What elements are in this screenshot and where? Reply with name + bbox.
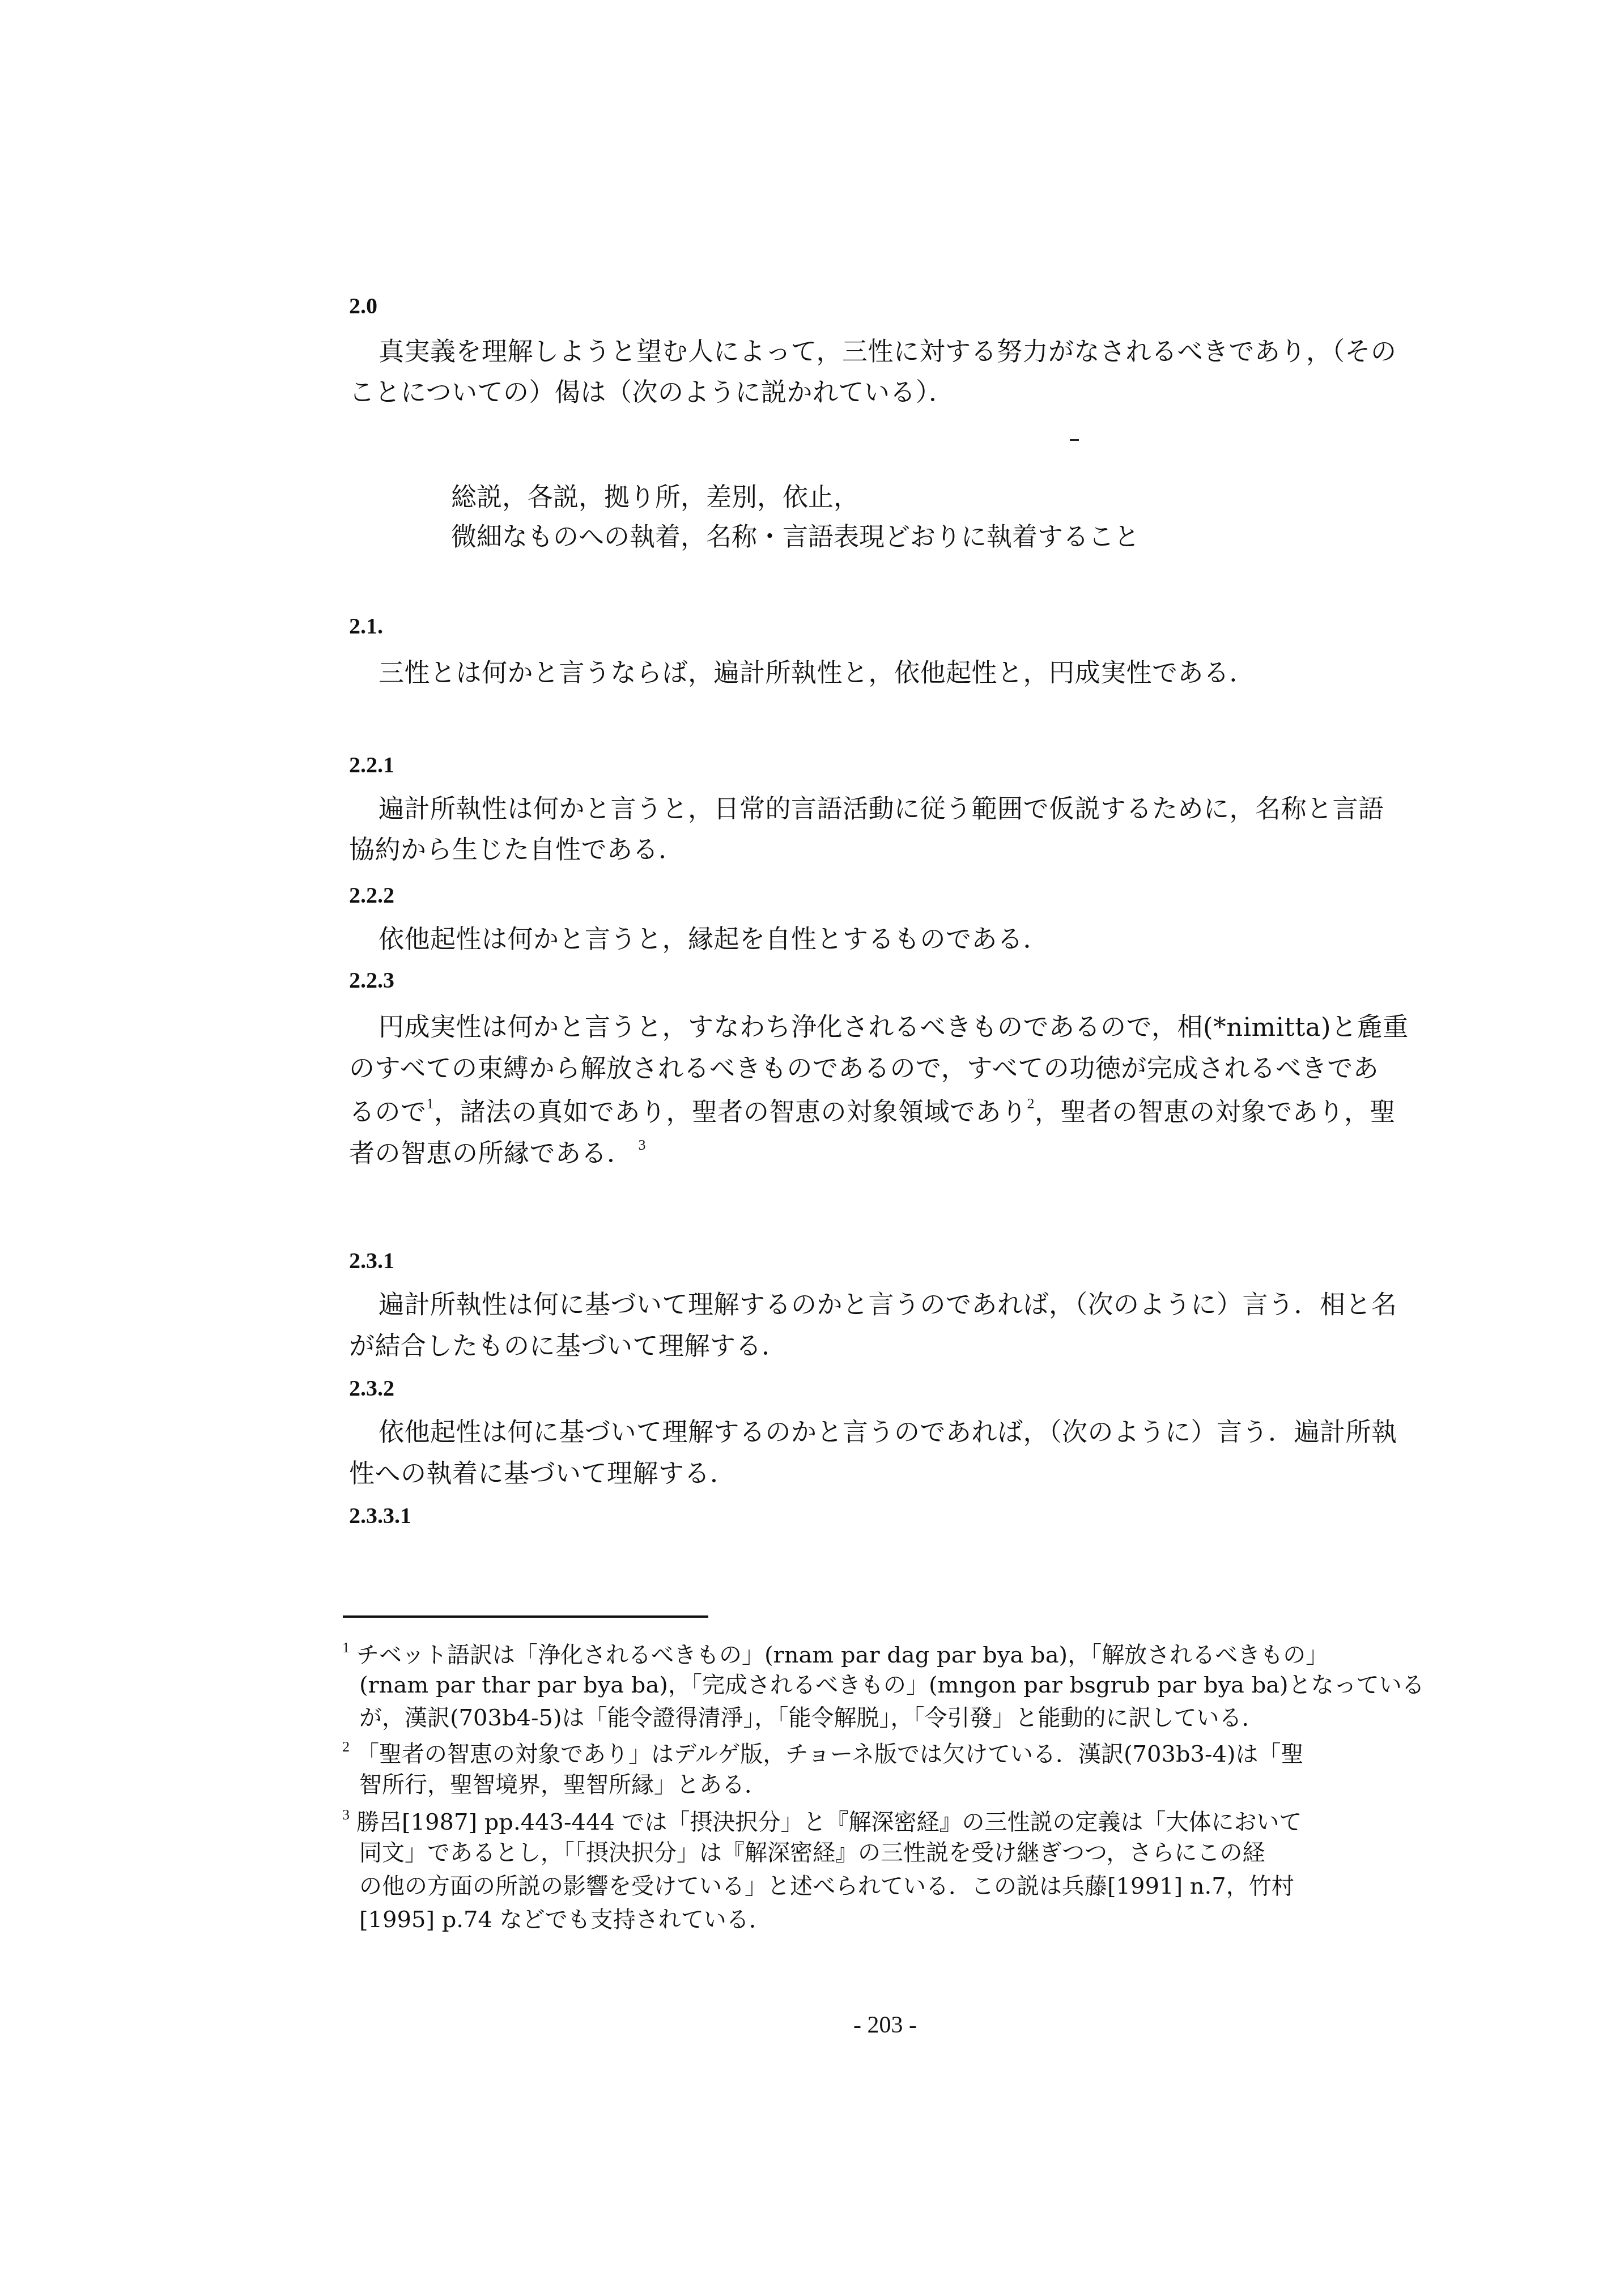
section-heading-2-3-2: 2.3.2 — [349, 1377, 394, 1400]
paragraph-line: 遍計所執性は何かと言うと，日常的言語活動に従う範囲で仮説するために，名称と言語 — [379, 796, 1384, 822]
footnote-text: チベット語訳は「浄化されるべきもの」(rnam par dag par bya … — [356, 1642, 1328, 1668]
footnote-mark: 2 — [342, 1738, 350, 1755]
paragraph-line: 者の智恵の所縁である．3 — [349, 1138, 646, 1166]
footnote-text: 勝呂[1987] pp.443-444 では「摂決択分」と『解深密経』の三性説の… — [356, 1809, 1302, 1835]
footnote-mark: 3 — [342, 1806, 350, 1823]
section-heading-2-2-1: 2.2.1 — [349, 754, 394, 776]
footnote-mark: 1 — [342, 1639, 350, 1656]
stray-dash-mark — [1070, 439, 1079, 441]
footnote-3: 3勝呂[1987] pp.443-444 では「摂決択分」と『解深密経』の三性説… — [342, 1808, 1302, 1834]
footnote-2: 2「聖者の智恵の対象であり」はデルゲ版，チョーネ版では欠けている．漢訳(703b… — [342, 1740, 1304, 1766]
section-heading-2-1: 2.1. — [349, 615, 383, 637]
footnote-separator-rule — [343, 1615, 708, 1618]
paragraph-line: が結合したものに基づいて理解する． — [349, 1333, 788, 1359]
text-run: 者の智恵の所縁である． — [349, 1138, 633, 1168]
paragraph-line: 性への執着に基づいて理解する． — [349, 1461, 736, 1486]
section-heading-2-2-3: 2.2.3 — [349, 969, 394, 992]
section-heading-2-3-1: 2.3.1 — [349, 1249, 394, 1272]
footnote-1: 1チベット語訳は「浄化されるべきもの」(rnam par dag par bya… — [342, 1640, 1328, 1666]
verse-line: 総説，各説，拠り所，差別，依止， — [451, 484, 859, 510]
footnote-line: が，漢訳(703b4-5)は「能令證得清淨」，「能令解脱」，「令引發」と能動的に… — [359, 1707, 1265, 1729]
paragraph-line: るので1，諸法の真如であり，聖者の智恵の対象領域であり2，聖者の智恵の対象であり… — [349, 1096, 1396, 1125]
paragraph-line: 遍計所執性は何に基づいて理解するのかと言うのであれば，（次のように）言う．相と名 — [379, 1292, 1397, 1317]
paragraph-line: のすべての束縛から解放されるべきものであるので，すべての功徳が完成されるべきであ — [349, 1056, 1379, 1081]
footnote-ref-2[interactable]: 2 — [1027, 1095, 1035, 1112]
section-heading-2-2-2: 2.2.2 — [349, 884, 394, 907]
text-run: ，諸法の真如であり，聖者の智恵の対象領域であり — [434, 1097, 1027, 1127]
footnote-line: 同文」であるとし，「「摂決択分」は『解深密経』の三性説を受け継ぎつつ，さらにこの… — [359, 1842, 1265, 1864]
verse-line: 微細なものへの執着，名称・言語表現どおりに執着すること — [451, 524, 1140, 550]
paragraph-line: 円成実性は何かと言うと，すなわち浄化されるべきものであるので，相(*nimitt… — [379, 1014, 1409, 1040]
footnote-line: の他の方面の所説の影響を受けている」と述べられている．この説は兵藤[1991] … — [359, 1875, 1294, 1898]
paragraph-line: 三性とは何かと言うならば，遍計所執性と，依他起性と，円成実性である． — [379, 660, 1255, 686]
footnote-line: 智所行，聖智境界，聖智所縁」とある． — [359, 1774, 767, 1796]
section-heading-2-3-3-1: 2.3.3.1 — [349, 1504, 411, 1527]
footnote-line: (rnam par thar par bya ba)，「完成されるべきもの」(m… — [359, 1674, 1425, 1697]
text-run: ，聖者の智恵の対象であり，聖 — [1035, 1097, 1396, 1127]
paragraph-line: ことについての）偈は（次のように説かれている）． — [349, 380, 955, 405]
paragraph-line: 真実義を理解しようと望む人によって，三性に対する努力がなされるべきであり，（その — [379, 339, 1397, 364]
footnote-ref-3[interactable]: 3 — [639, 1137, 647, 1153]
paragraph-line: 依他起性は何かと言うと，縁起を自性とするものである． — [379, 926, 1049, 952]
text-run: るので — [349, 1097, 427, 1127]
footnote-line: [1995] p.74 などでも支持されている． — [359, 1908, 772, 1931]
footnote-ref-1[interactable]: 1 — [427, 1095, 435, 1112]
page-number: - 203 - — [853, 2013, 917, 2037]
document-page: 2.0 真実義を理解しようと望む人によって，三性に対する努力がなされるべきであり… — [0, 0, 1624, 2296]
footnote-text: 「聖者の智恵の対象であり」はデルゲ版，チョーネ版では欠けている．漢訳(703b3… — [356, 1741, 1304, 1767]
paragraph-line: 依他起性は何に基づいて理解するのかと言うのであれば，（次のように）言う．遍計所執 — [379, 1419, 1397, 1445]
paragraph-line: 協約から生じた自性である． — [349, 837, 685, 862]
section-heading-2-0: 2.0 — [349, 295, 377, 317]
